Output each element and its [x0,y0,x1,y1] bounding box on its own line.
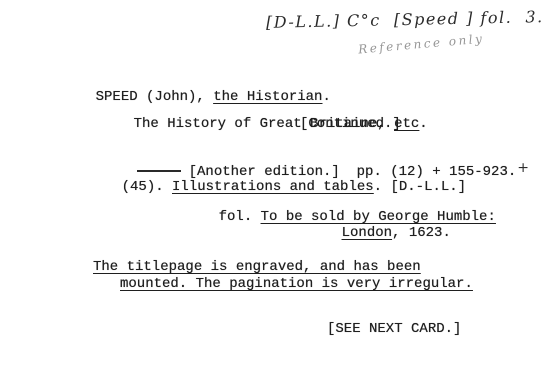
note-line-1: The titlepage is engraved, and has been [93,259,421,275]
note-line-2: mounted. The pagination is very irregula… [120,276,473,292]
reference-only-annotation: Reference only [358,32,485,57]
imprint-year: , 1623. [392,225,451,241]
imprint-city-line: London, 1623. [308,209,451,257]
shelfmark-annotation: [D-L.L.] C°c [Speed ] fol. 3. [266,7,544,32]
format-abbrev: fol. [219,209,261,225]
imprint-city: London [342,225,392,241]
handwritten-plus: + [517,160,529,176]
catalog-card: [D-L.L.] C°c [Speed ] fol. 3. Reference … [0,0,550,374]
continued-line: [Continued.] [300,116,401,132]
see-next-card-line: [SEE NEXT CARD.] [327,321,461,337]
